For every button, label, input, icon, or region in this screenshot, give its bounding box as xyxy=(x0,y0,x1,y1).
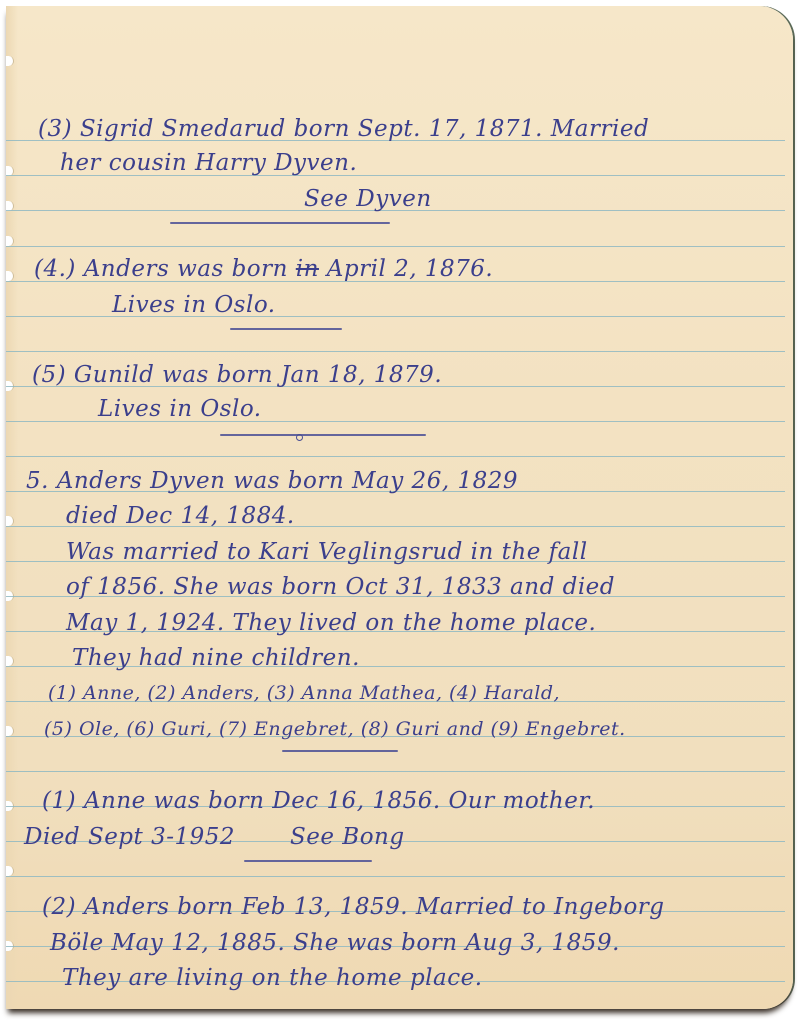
punch-hole xyxy=(6,656,14,666)
handwritten-line: Lives in Oslo. xyxy=(98,398,262,421)
ruled-line xyxy=(6,456,785,457)
handwritten-line: Was married to Kari Veglingsrud in the f… xyxy=(66,541,588,564)
separator-stroke xyxy=(220,434,426,436)
handwritten-line: (5) Gunild was born Jan 18, 1879. xyxy=(32,364,442,387)
notebook-page: (3) Sigrid Smedarud born Sept. 17, 1871.… xyxy=(6,6,793,1009)
punch-hole xyxy=(6,726,14,736)
handwritten-line: (2) Anders born Feb 13, 1859. Married to… xyxy=(42,896,665,919)
punch-hole xyxy=(6,271,14,281)
handwritten-line: They had nine children. xyxy=(72,647,360,670)
handwritten-line: her cousin Harry Dyven. xyxy=(60,152,357,175)
handwritten-line: May 1, 1924. They lived on the home plac… xyxy=(66,612,596,635)
handwritten-line: (3) Sigrid Smedarud born Sept. 17, 1871.… xyxy=(38,118,649,141)
see-reference: See Dyven xyxy=(304,188,432,211)
see-reference: See Bong xyxy=(290,826,405,849)
punch-hole xyxy=(6,56,14,66)
struck-word: in xyxy=(296,256,319,282)
punch-hole xyxy=(6,236,14,246)
ruled-line xyxy=(6,351,785,352)
separator-stroke xyxy=(170,222,390,224)
separator-stroke xyxy=(282,750,398,752)
ruled-line xyxy=(6,771,785,772)
handwritten-line: They are living on the home place. xyxy=(62,967,483,990)
ruled-line xyxy=(6,246,785,247)
handwritten-line: (1) Anne was born Dec 16, 1856. Our moth… xyxy=(42,790,595,813)
punch-hole xyxy=(6,866,14,876)
punch-hole xyxy=(6,516,14,526)
ruled-line xyxy=(6,876,785,877)
handwritten-line: Böle May 12, 1885. She was born Aug 3, 1… xyxy=(50,932,620,955)
handwritten-line: 5. Anders Dyven was born May 26, 1829 xyxy=(26,470,518,493)
separator-stroke xyxy=(244,860,372,862)
handwritten-line: Died Sept 3-1952 xyxy=(24,826,235,849)
handwritten-line: Lives in Oslo. xyxy=(112,294,276,317)
handwritten-line: died Dec 14, 1884. xyxy=(66,505,295,528)
handwritten-line: (1) Anne, (2) Anders, (3) Anna Mathea, (… xyxy=(48,684,560,703)
separator-dot xyxy=(296,434,303,441)
handwritten-line: (4.) Anders was born in April 2, 1876. xyxy=(34,258,493,281)
separator-stroke xyxy=(230,328,342,330)
handwritten-line: (5) Ole, (6) Guri, (7) Engebret, (8) Gur… xyxy=(44,720,626,739)
handwritten-line: of 1856. She was born Oct 31, 1833 and d… xyxy=(66,576,615,599)
